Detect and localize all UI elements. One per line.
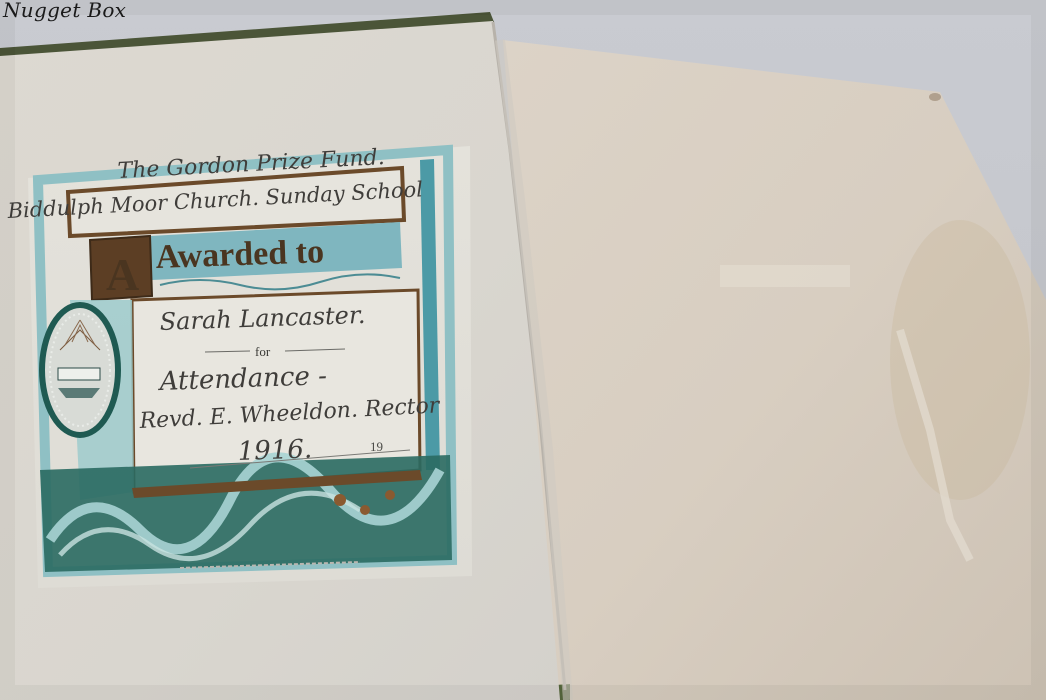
- book-photo: A Awarded to The Gordon Prize Fund. Bidd: [0, 0, 1046, 700]
- awarded-title: Awarded to: [155, 233, 325, 276]
- awarded-initial: A: [106, 249, 139, 300]
- printed-year-prefix: 19: [370, 439, 383, 454]
- printed-for: for: [255, 344, 271, 359]
- watermark-label: Nugget Box: [3, 0, 126, 22]
- award-reason: Attendance -: [157, 361, 327, 397]
- award-year: 1916.: [237, 434, 312, 467]
- right-page: [503, 40, 1046, 700]
